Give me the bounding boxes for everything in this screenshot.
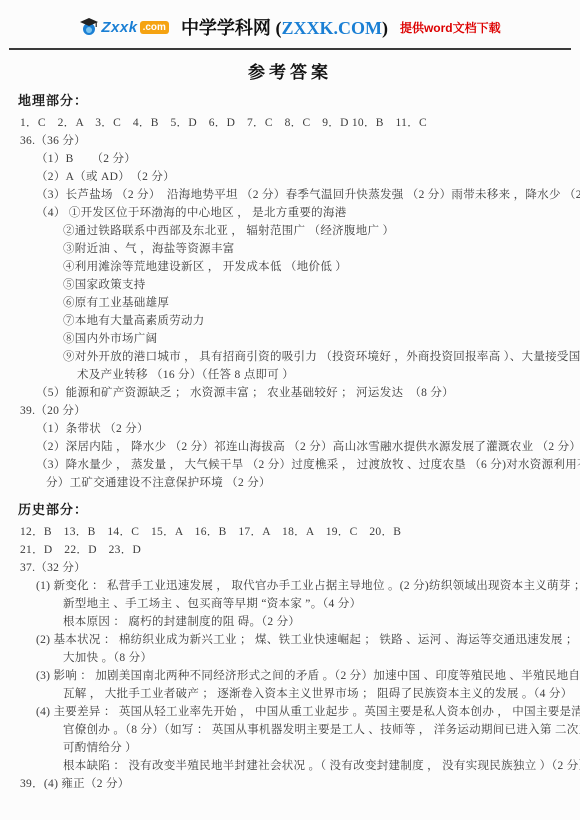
answer-line: (2) 基本状况 ： 棉纺织业成为新兴工业 ； 煤、铁工业快速崛起 ； 铁路 、… (0, 631, 580, 649)
answer-line: 官僚创办 。（8 分）（如写 ： 英国从事机器发明主要是工人 、技师等 ， 洋务… (0, 721, 580, 739)
answer-line: 39.（20 分） (0, 402, 580, 420)
answer-line: 36.（36 分） (0, 132, 580, 150)
answer-line: (3) 影响 ： 加剧美国南北两种不同经济形式之间的矛盾 。（2 分）加速中国 … (0, 667, 580, 685)
section-heading: 地理部分： (18, 90, 580, 109)
answer-line: 12．B 13．B 14．C 15．A 16．B 17．A 18．A 19．C … (0, 523, 580, 541)
answer-line: ③附近油 、气 ，海盐等资源丰富 (0, 240, 580, 258)
answer-line: (4) 主要差异 ： 英国从轻工业率先开始 ， 中国从重工业起步 。英国主要是私… (0, 703, 580, 721)
site-title: 中学学科网 (ZXXK.COM) (181, 14, 388, 40)
answer-line: ⑥原有工业基础雄厚 (0, 294, 580, 312)
answer-line: 21．D 22．D 23．D (0, 541, 580, 559)
answer-line: （4） ①开发区位于环渤海的中心地区 ， 是北方重要的海港 (0, 204, 580, 222)
answer-line: 根本原因 ： 腐朽的封建制度的阻 碍。（2 分） (0, 613, 580, 631)
site-domain: ZXXK.COM (281, 18, 382, 38)
document-page: Zxxk.com 中学学科网 (ZXXK.COM) 提供word文档下载 参考答… (0, 0, 580, 820)
answer-line: （2）深居内陆 ， 降水少 （2 分）祁连山海拔高 （2 分）高山冰雪融水提供水… (0, 438, 580, 456)
header-divider (9, 48, 571, 50)
answer-line: 分）工矿交通建设不注意保护环境 （2 分） (0, 474, 580, 492)
answer-line: ②通过铁路联系中西部及东北亚 ， 辐射范围广 （经济腹地广 ） (0, 222, 580, 240)
answer-line: 39．(4) 雍正（2 分） (0, 775, 580, 793)
download-slogan[interactable]: 提供word文档下载 (400, 19, 501, 36)
answer-line: （3）降水量少 ， 蒸发量 ， 大气候干旱 （2 分）过度樵采 ， 过渡放牧 、… (0, 456, 580, 474)
answer-line: 大加快 。（8 分） (0, 649, 580, 667)
answer-line: 可酌情给分 ） (0, 739, 580, 757)
document-body: 地理部分：1．C 2．A 3．C 4．B 5．D 6．D 7．C 8．C 9．D… (0, 90, 580, 793)
site-domain-paren-close: ) (382, 18, 388, 38)
logo-zxxk-text: Zxxk (101, 19, 137, 36)
answer-line: ⑤国家政策支持 (0, 276, 580, 294)
graduate-mascot-icon (79, 17, 99, 37)
answer-line: 1．C 2．A 3．C 4．B 5．D 6．D 7．C 8．C 9．D 10．B… (0, 114, 580, 132)
site-header: Zxxk.com 中学学科网 (ZXXK.COM) 提供word文档下载 (0, 0, 580, 46)
answer-line: ④利用滩涂等荒地建设新区 ， 开发成本低 （地价低 ） (0, 258, 580, 276)
answer-line: 根本缺陷 ： 没有改变半殖民地半封建社会状况 。（ 没有改变封建制度 ， 没有实… (0, 757, 580, 775)
answer-line: (1) 新变化 ： 私营手工业迅速发展 ， 取代官办手工业占据主导地位 。(2 … (0, 577, 580, 595)
answer-line: 瓦解 ， 大批手工业者破产 ； 逐渐卷入资本主义世界市场 ； 阻碍了民族资本主义… (0, 685, 580, 703)
answer-line: （5）能源和矿产资源缺乏 ； 水资源丰富 ； 农业基础较好 ； 河运发达 （8 … (0, 384, 580, 402)
answer-line: 37.（32 分） (0, 559, 580, 577)
answer-line: （1）条带状 （2 分） (0, 420, 580, 438)
section-heading: 历史部分： (18, 499, 580, 518)
answer-line: ⑧国内外市场广阔 (0, 330, 580, 348)
zxxk-logo[interactable]: Zxxk.com (79, 17, 169, 37)
answer-line: ⑨对外开放的港口城市 ， 具有招商引资的吸引力 （投资环境好 ，外商投资回报率高… (0, 348, 580, 366)
answer-line: 新型地主 、手工场主 、包买商等早期 “资本家 ”。（4 分） (0, 595, 580, 613)
answer-line: （2）A（或 AD） （2 分） (0, 168, 580, 186)
page-title: 参考答案 (0, 58, 580, 83)
logo-com-badge: .com (140, 21, 169, 34)
answer-line: ⑦本地有大量高素质劳动力 (0, 312, 580, 330)
site-name: 中学学科网 (181, 18, 271, 38)
answer-line: （3）长芦盐场 （2 分） 沿海地势平坦 （2 分）春季气温回升快蒸发强 （2 … (0, 186, 580, 204)
answer-line: 术及产业转移 （16 分）（任答 8 点即可 ） (0, 366, 580, 384)
answer-line: （1）B （2 分） (0, 150, 580, 168)
